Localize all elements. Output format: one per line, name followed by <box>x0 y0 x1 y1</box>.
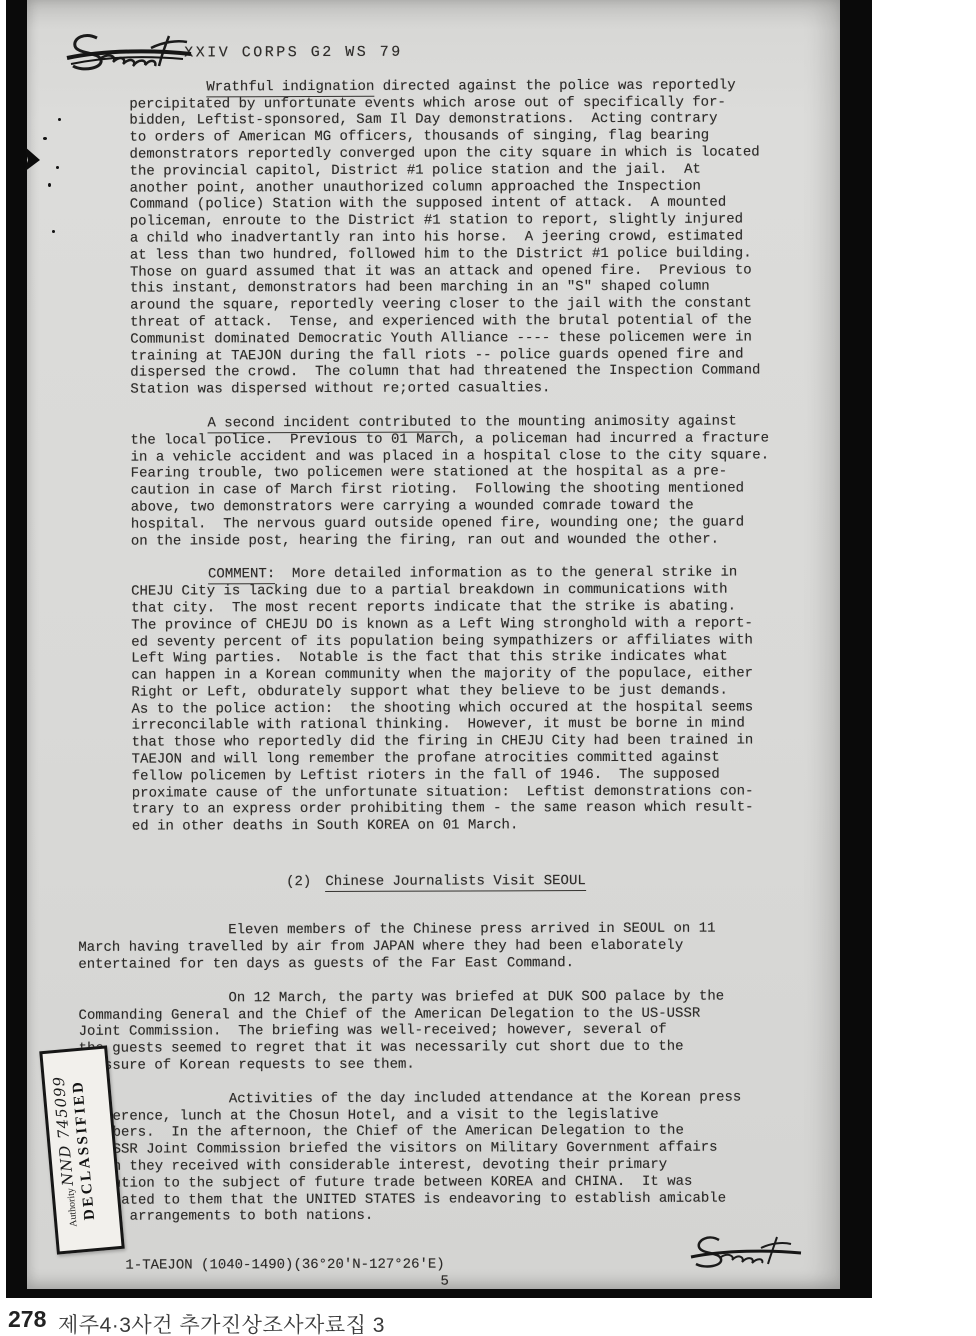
paragraph-wrathful-indignation: Wrathful indignation directed against th… <box>129 77 841 399</box>
ink-speck <box>48 183 51 187</box>
section-heading-chinese-journalists: (2)Chinese Journalists Visit SEOUL <box>202 855 843 908</box>
secret-scribble-top <box>65 28 225 76</box>
paragraph-second-incident: A second incident contributed to the mou… <box>130 413 841 550</box>
book-caption-title: 제주4·3사건 추가진상조사자료집 3 <box>58 1309 385 1336</box>
book-page-scan: XXIV CORPS G2 WS 79 Wrathful indignation… <box>0 0 976 1336</box>
underlined-lead: Wrathful indignation <box>206 79 374 98</box>
document-content: XXIV CORPS G2 WS 79 Wrathful indignation… <box>27 0 845 1292</box>
paragraph-body: conference, lunch at the Chosun Hotel, a… <box>79 1106 844 1226</box>
scanned-photo-frame: XXIV CORPS G2 WS 79 Wrathful indignation… <box>6 0 872 1298</box>
underlined-lead: COMMENT: <box>208 566 275 584</box>
stamp-authority-label: Authority <box>65 1188 79 1228</box>
book-page-number: 278 <box>8 1306 46 1333</box>
ink-speck <box>52 230 55 233</box>
paragraph-first-line: A second incident contributed to the mou… <box>130 413 841 432</box>
lead-rest: directed against the police was reported… <box>374 77 735 94</box>
document-page: XXIV CORPS G2 WS 79 Wrathful indignation… <box>27 0 840 1289</box>
ink-speck <box>43 137 47 140</box>
paragraph-body: March having travelled by air from JAPAN… <box>78 937 843 973</box>
paragraph-body: the local police. Previous to 01 March, … <box>131 430 842 550</box>
paragraph-dук-soo-briefing: On 12 March, the party was briefed at DU… <box>78 988 843 1075</box>
section-title: Chinese Journalists Visit SEOUL <box>325 873 586 892</box>
lead-rest: to the mounting animosity against <box>451 413 737 430</box>
page-number: 5 <box>440 1272 844 1290</box>
ink-speck <box>58 118 61 121</box>
document-header: XXIV CORPS G2 WS 79 <box>184 43 840 62</box>
margin-arrow-mark <box>22 144 44 181</box>
secret-scribble-bottom <box>689 1232 819 1272</box>
paragraph-first-line: COMMENT: More detailed information as to… <box>131 564 842 583</box>
ink-speck <box>56 166 59 169</box>
declassified-stamp-text: Authority NND 745099 DECLASSIFIED <box>44 1050 121 1250</box>
paragraph-body: CHEJU City is lacking due to a partial b… <box>131 581 843 835</box>
underlined-lead: A second incident contributed <box>207 414 451 433</box>
paragraph-body: Commanding General and the Chief of the … <box>79 1005 844 1075</box>
paragraph-body: percipitated by unfortunate events which… <box>129 94 841 399</box>
paragraph-activities: Activities of the day included attendanc… <box>79 1089 844 1226</box>
section-number: (2) <box>286 874 311 890</box>
paragraph-first-line: Activities of the day included attendanc… <box>79 1089 844 1108</box>
paragraph-first-line: Wrathful indignation directed against th… <box>129 77 840 96</box>
paragraph-comment: COMMENT: More detailed information as to… <box>131 564 843 835</box>
paragraph-eleven-members: Eleven members of the Chinese press arri… <box>78 921 843 974</box>
lead-rest: More detailed information as to the gene… <box>275 565 737 583</box>
